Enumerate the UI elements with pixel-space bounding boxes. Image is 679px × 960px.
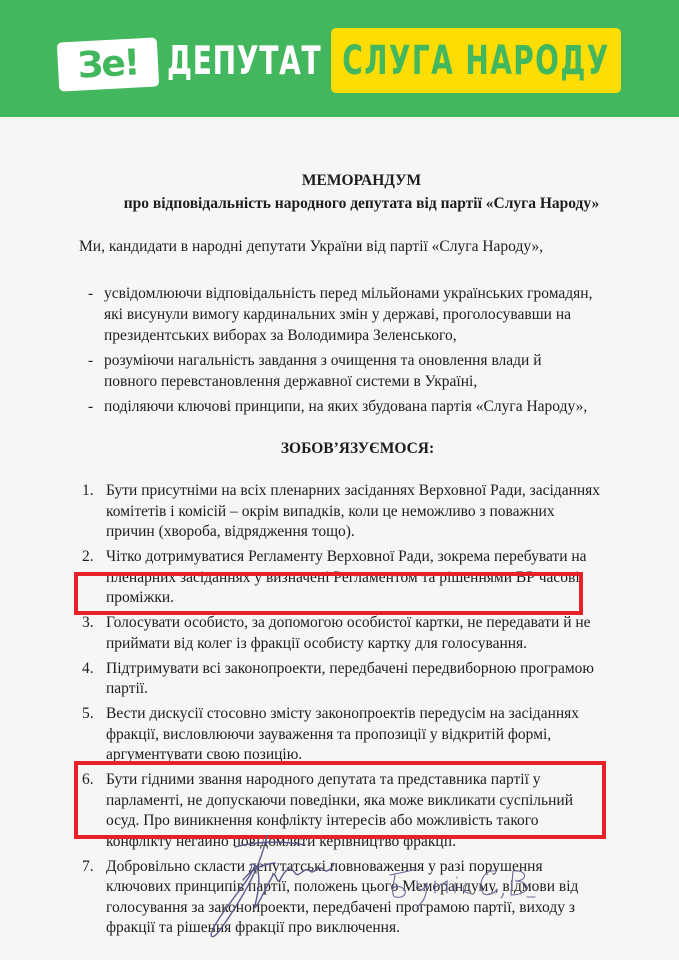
ze-logo-badge: Зе! xyxy=(57,37,159,91)
item-text: Голосувати особисто, за допомогою особис… xyxy=(106,614,591,652)
header-banner: Зе! ДЕПУТАТ СЛУГА НАРОДУ xyxy=(0,0,679,117)
commitments-heading: ЗОБОВ’ЯЗУЄМОСЯ: xyxy=(18,440,679,458)
item-number: 7. xyxy=(82,857,94,878)
dash-marker: - xyxy=(88,283,93,304)
preamble-item: - усвідомлюючи відповідальність перед мі… xyxy=(0,283,594,346)
party-name-box: СЛУГА НАРОДУ xyxy=(331,28,621,93)
item-number: 2. xyxy=(82,547,94,568)
item-number: 4. xyxy=(82,659,94,680)
document-subtitle: про відповідальність народного депутата … xyxy=(22,195,679,213)
commitment-item-4: 4. Підтримувати всі законопроекти, перед… xyxy=(0,659,606,700)
preamble-item: - поділяючи ключові принципи, на яких зб… xyxy=(0,396,594,417)
item-number: 1. xyxy=(82,481,94,502)
preamble-text: поділяючи ключові принципи, на яких збуд… xyxy=(104,398,587,415)
intro-paragraph: Ми, кандидати в народні депутати України… xyxy=(79,238,543,256)
dash-marker: - xyxy=(88,350,93,371)
preamble-text: усвідомлюючи відповідальність перед міль… xyxy=(104,285,592,344)
item-number: 5. xyxy=(82,704,94,725)
item-text: Бути присутніми на всіх пленарних засіда… xyxy=(106,482,600,540)
document-title: МЕМОРАНДУМ xyxy=(22,172,679,190)
preamble-list: - усвідомлюючи відповідальність перед мі… xyxy=(0,283,679,421)
dash-marker: - xyxy=(88,396,93,417)
party-name: СЛУГА НАРОДУ xyxy=(342,38,609,84)
deputat-logo-text: ДЕПУТАТ xyxy=(167,30,321,94)
preamble-text: розуміючи нагальність завдання з очищенн… xyxy=(104,352,542,390)
item-text: Вести дискусії стосовно змісту законопро… xyxy=(106,705,579,763)
handwritten-signature xyxy=(195,835,555,945)
highlight-box-item-3 xyxy=(74,572,583,615)
commitment-item-5: 5. Вести дискусії стосовно змісту законо… xyxy=(0,704,606,766)
commitment-item-3: 3. Голосувати особисто, за допомогою осо… xyxy=(0,613,606,654)
highlight-box-item-7 xyxy=(74,761,606,839)
item-number: 3. xyxy=(82,613,94,634)
item-text: Підтримувати всі законопроекти, передбач… xyxy=(106,660,594,698)
preamble-item: - розуміючи нагальність завдання з очище… xyxy=(0,350,594,392)
commitment-item-1: 1. Бути присутніми на всіх пленарних зас… xyxy=(0,481,606,543)
